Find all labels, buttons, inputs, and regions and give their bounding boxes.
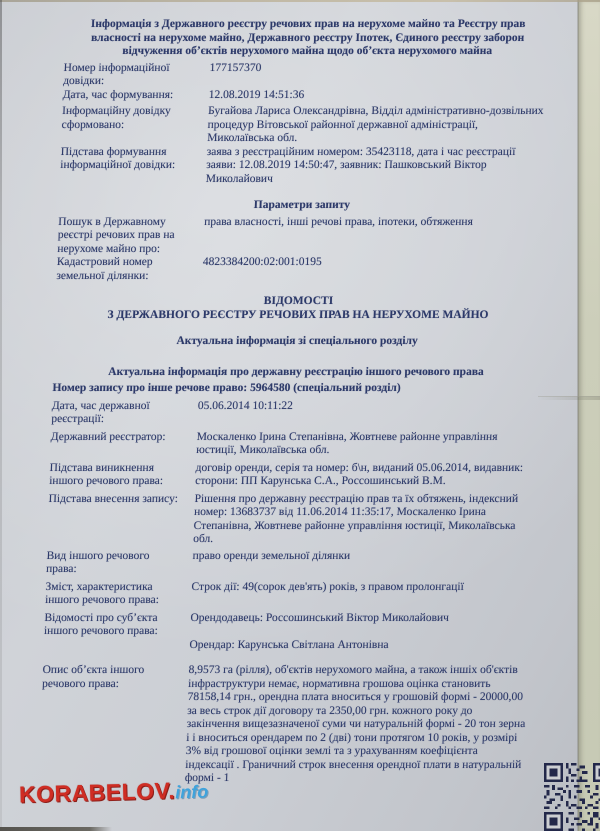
field-label: Вид іншого речового права: [46,550,179,577]
registry-title-line1: ВІДОМОСТІ [55,295,541,309]
field-value: Бугайова Лариса Олександрівна, Відділ ад… [207,105,548,146]
field-value: Строк дії: 49(сорок дев'ять) років, з пр… [191,581,532,608]
photo-bottom-edge [0,827,112,831]
field-label: Зміст, характеристика іншого речового пр… [45,581,178,608]
field-label: Дата, час формування: [62,89,194,103]
field-value: 4823384200:02:001:0195 [202,256,543,283]
watermark: KORABELOV.info [19,777,209,809]
record-row: Відомості про суб’єкта іншого речового п… [43,612,530,653]
record-row: Підстава внесення запису: Рішення про де… [47,493,535,547]
record-row: Вид іншого речового права: право оренди … [46,550,533,577]
params-row: Пошук в Державному реєстрі речових прав … [57,216,544,257]
underlying-sheet-edge [578,0,600,831]
field-value: Рішення про державну реєстрацію прав та … [193,493,535,547]
field-value: 177157370 [209,62,550,89]
field-value: заява з реєстраційним номером: 35423118,… [206,146,547,187]
field-value: Орендодавець: Россошинський Віктор Микол… [189,612,530,653]
info-row: Інформаційну довідку сформовано: Бугайов… [61,105,548,146]
field-label: Підстава виникнення іншого речового прав… [49,462,182,489]
record-row: Дата, час державної реєстрації: 05.06.20… [51,400,538,427]
field-label: Підстава формування інформаційної довідк… [60,146,193,187]
record-row: Опис об’єкта іншого речового права: 8,95… [39,664,529,786]
registry-section-title: ВІДОМОСТІ З ДЕРЖАВНОГО РЕЄСТРУ РЕЧОВИХ П… [55,295,542,322]
field-value: 12.08.2019 14:51:36 [208,89,548,103]
field-label: Державний реєстратор: [50,431,183,458]
info-row: Дата, час формування: 12.08.2019 14:51:3… [62,89,548,103]
registry-title-line2: З ДЕРЖАВНОГО РЕЄСТРУ РЕЧОВИХ ПРАВ НА НЕР… [55,309,541,323]
field-value: договір оренди, серія та номер: б\н, вид… [195,462,536,489]
params-title: Параметри запиту [59,199,545,213]
document-title: Інформація з Державного реєстру речових … [64,18,551,59]
field-value: Москаленко Ірина Степанівна, Жовтневе ра… [196,431,537,458]
field-label: Кадастровий номер земельної ділянки: [56,256,189,283]
field-label: Дата, час державної реєстрації: [51,400,184,427]
qr-code-icon [544,763,600,831]
record-row: Державний реєстратор: Москаленко Ірина С… [50,431,537,458]
field-label: Опис об’єкта іншого речового права: [39,664,175,786]
record-number-line: Номер запису про інше речове право: 5964… [52,382,538,396]
params-row: Кадастровий номер земельної ділянки: 482… [56,256,543,283]
field-value: право оренди земельної ділянки [192,550,533,577]
field-label: Підстава внесення запису: [47,493,181,547]
field-label: Інформаційну довідку сформовано: [61,105,194,146]
field-value: 8,9573 га (рілля), об'єктів нерухомого м… [185,664,529,786]
paper-right-edge [577,0,579,831]
field-label: Пошук в Державному реєстрі речових прав … [57,216,190,257]
watermark-suffix: info [175,782,209,803]
record-row: Зміст, характеристика іншого речового пр… [45,581,532,608]
info-row: Підстава формування інформаційної довідк… [60,146,547,187]
scanned-document-photo: Інформація з Державного реєстру речових … [0,0,600,831]
field-value: права власності, інші речові права, іпот… [203,216,544,257]
field-label: Номер інформаційної довідки: [63,62,196,89]
field-label: Відомості про суб’єкта іншого речового п… [43,612,176,653]
document-body: Інформація з Державного реєстру речових … [0,0,578,786]
info-row: Номер інформаційної довідки: 177157370 [63,62,550,89]
record-heading: Актуальна інформація про державну реєстр… [53,366,539,380]
watermark-brand: KORABELOV. [19,777,176,807]
special-section-heading: Актуальна інформація зі спеціального роз… [54,335,540,349]
record-row: Підстава виникнення іншого речового прав… [49,462,536,489]
field-value: 05.06.2014 10:11:22 [197,400,538,427]
